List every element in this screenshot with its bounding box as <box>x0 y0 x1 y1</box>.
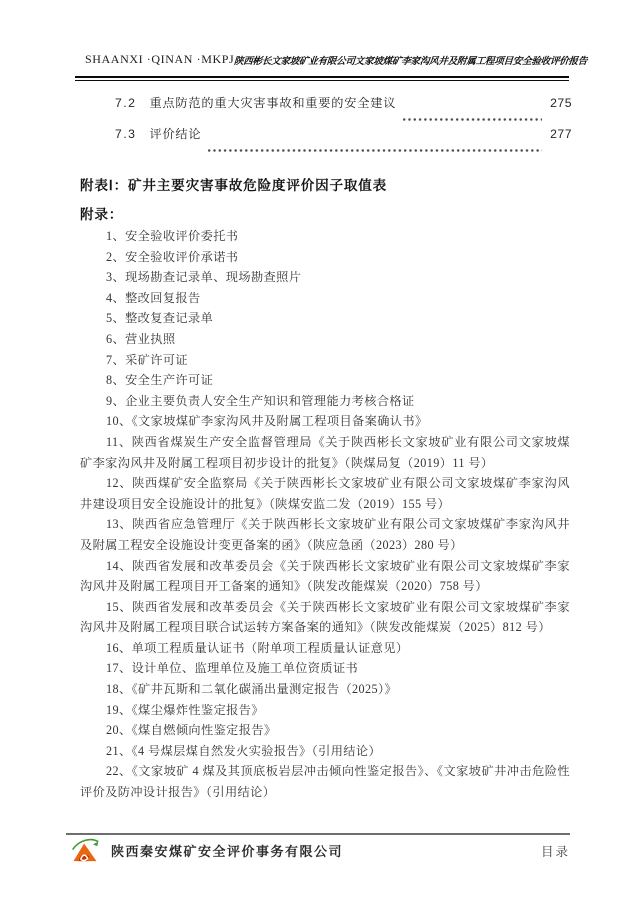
company-logo-icon <box>70 838 100 863</box>
toc-dot-leader <box>403 113 542 123</box>
toc-entry-number: 7.3 <box>115 127 136 141</box>
appendix-item: 2、安全验收评价承诺书 <box>80 247 570 268</box>
toc-page-number: 275 <box>550 96 572 110</box>
appendix-table-heading: 附表Ⅰ：矿井主要灾害事故危险度评价因子取值表 <box>80 174 387 194</box>
header-divider <box>75 76 569 81</box>
document-page: SHAANXI ·QINAN ·MKPJ 陕西彬长文家坡矿业有限公司文家坡煤矿李… <box>0 0 636 900</box>
appendix-item: 18、《矿井瓦斯和二氧化碳涌出量测定报告（2025）》 <box>80 679 570 700</box>
appendix-heading: 附录： <box>80 203 123 223</box>
report-title: 陕西彬长文家坡矿业有限公司文家坡煤矿李家沟风井及附属工程项目安全验收评价报告 <box>234 53 588 67</box>
page-header: SHAANXI ·QINAN ·MKPJ 陕西彬长文家坡矿业有限公司文家坡煤矿李… <box>85 52 569 67</box>
appendix-item: 16、单项工程质量认证书（附单项工程质量认证意见） <box>80 638 570 659</box>
page-footer: 陕西秦安煤矿安全评价事务有限公司 目录 <box>70 838 570 863</box>
page-section-label: 目录 <box>541 842 570 860</box>
appendix-item: 22、《文家坡矿 4 煤及其顶底板岩层冲击倾向性鉴定报告》、《文家坡矿井冲击危险… <box>80 761 570 802</box>
appendix-item: 5、整改复查记录单 <box>80 308 570 329</box>
toc-page-number: 277 <box>550 127 572 141</box>
appendix-item: 15、陕西省发展和改革委员会《关于陕西彬长文家坡矿业有限公司文家坡煤矿李家沟风井… <box>80 597 570 638</box>
toc-entry-title: 重点防范的重大灾害事故和重要的安全建议 <box>149 94 396 111</box>
company-name: 陕西秦安煤矿安全评价事务有限公司 <box>111 841 343 860</box>
appendix-item: 9、企业主要负责人安全生产知识和管理能力考核合格证 <box>80 391 570 412</box>
appendix-item: 11、陕西省煤炭生产安全监督管理局《关于陕西彬长文家坡矿业有限公司文家坡煤矿李家… <box>80 432 570 473</box>
appendix-item: 17、设计单位、监理单位及施工单位资质证书 <box>80 658 570 679</box>
appendix-item: 20、《煤自燃倾向性鉴定报告》 <box>80 720 570 741</box>
appendix-item: 13、陕西省应急管理厅《关于陕西彬长文家坡矿业有限公司文家坡煤矿李家沟风井及附属… <box>80 514 570 555</box>
appendix-item: 6、营业执照 <box>80 329 570 350</box>
appendix-item: 10、《文家坡煤矿李家沟风井及附属工程项目备案确认书》 <box>80 411 570 432</box>
appendix-item: 4、整改回复报告 <box>80 288 570 309</box>
appendix-list: 1、安全验收评价委托书 2、安全验收评价承诺书 3、现场勘查记录单、现场勘查照片… <box>80 226 570 803</box>
appendix-item: 19、《煤尘爆炸性鉴定报告》 <box>80 700 570 721</box>
toc-entry-title: 评价结论 <box>149 125 201 142</box>
appendix-item: 3、现场勘查记录单、现场勘查照片 <box>80 267 570 288</box>
footer-divider <box>66 833 570 835</box>
appendix-item: 1、安全验收评价委托书 <box>80 226 570 247</box>
appendix-item: 12、陕西煤矿安全监察局《关于陕西彬长文家坡矿业有限公司文家坡煤矿李家沟风井建设… <box>80 473 570 514</box>
toc-entry: 7.3 评价结论 277 <box>115 125 572 156</box>
appendix-item: 21、《4 号煤层煤自然发火实验报告》（引用结论） <box>80 741 570 762</box>
toc-entry-number: 7.2 <box>115 96 136 110</box>
appendix-item: 7、采矿许可证 <box>80 350 570 371</box>
table-of-contents: 7.2 重点防范的重大灾害事故和重要的安全建议 275 7.3 评价结论 277 <box>115 94 572 156</box>
appendix-item: 14、陕西省发展和改革委员会《关于陕西彬长文家坡矿业有限公司文家坡煤矿李家沟风井… <box>80 556 570 597</box>
appendix-item: 8、安全生产许可证 <box>80 370 570 391</box>
toc-dot-leader <box>208 144 542 154</box>
brand-text: SHAANXI ·QINAN ·MKPJ <box>85 52 234 67</box>
toc-entry: 7.2 重点防范的重大灾害事故和重要的安全建议 275 <box>115 94 572 125</box>
